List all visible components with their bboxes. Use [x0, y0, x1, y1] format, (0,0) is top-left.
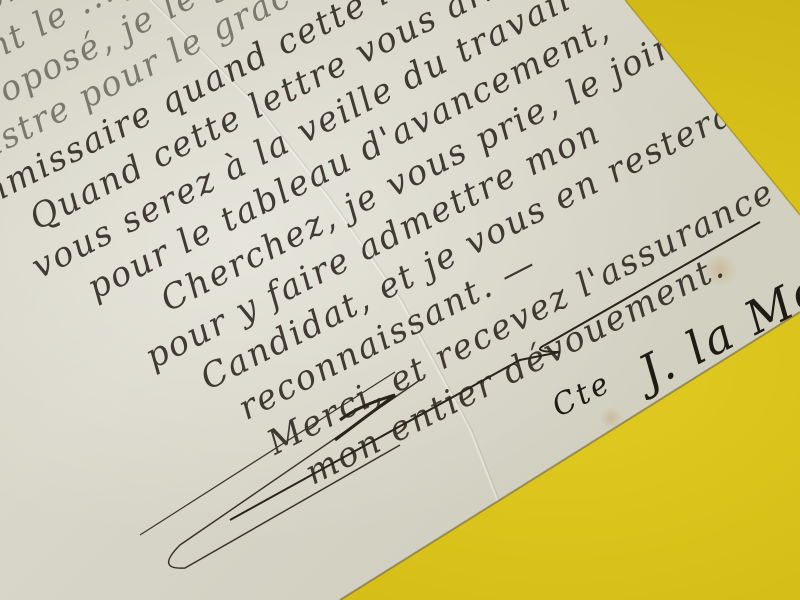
signature-title: Cte [546, 365, 617, 424]
